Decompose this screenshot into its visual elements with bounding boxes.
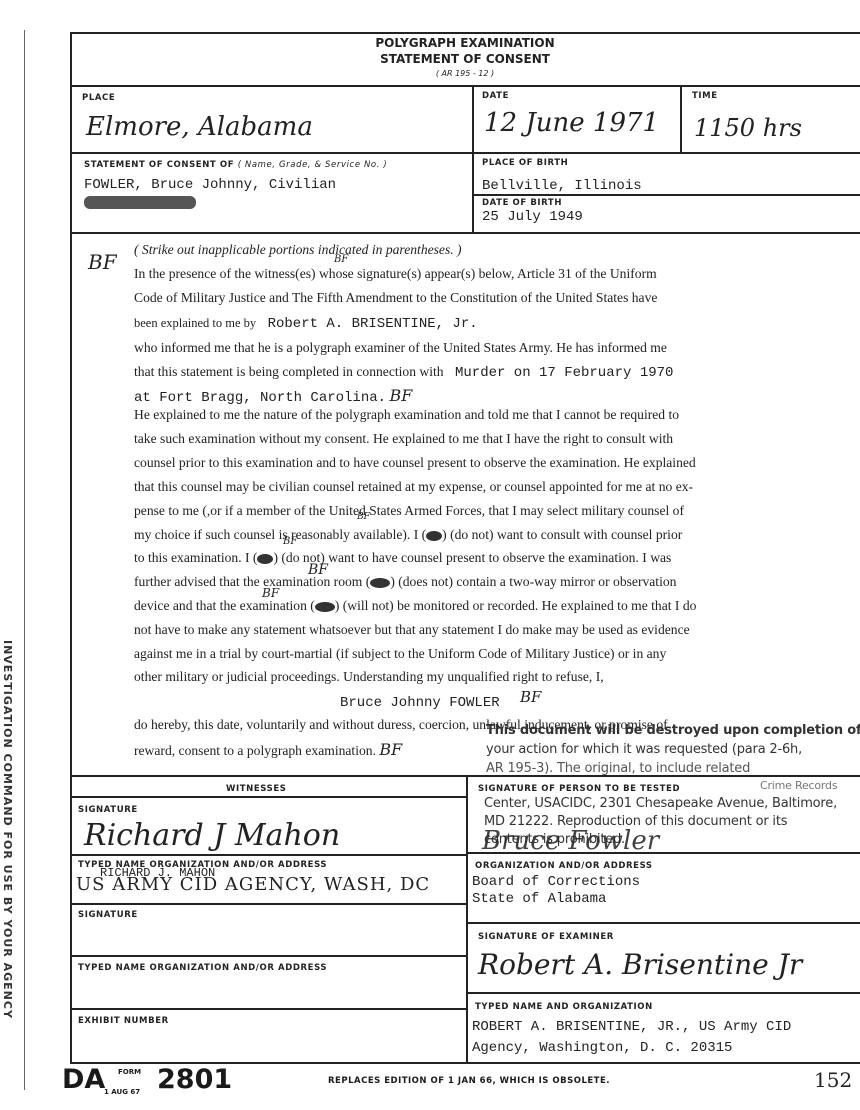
- stamp-overlay-line: This document will be destroyed upon com…: [486, 723, 860, 738]
- redaction-bar: [84, 196, 196, 209]
- row-divider: [70, 903, 466, 905]
- col-divider: [680, 85, 682, 152]
- witnesses-header: WITNESSES: [226, 784, 286, 794]
- stamp-overlay-line: AR 195-3). The original, to include rela…: [486, 761, 750, 776]
- body-line: In the presence of the witness(es) whose…: [134, 266, 657, 282]
- examiner-typed-line1[interactable]: ROBERT A. BRISENTINE, JR., US Army CID: [472, 1019, 791, 1035]
- body-line: take such examination without my consent…: [134, 431, 673, 447]
- body-line: that this counsel may be civilian counse…: [134, 479, 693, 495]
- row-divider: [70, 152, 860, 154]
- row-divider: [472, 194, 860, 196]
- place-label: PLACE: [82, 93, 115, 103]
- consent-of-label: STATEMENT OF CONSENT OF ( Name, Grade, &…: [84, 160, 387, 170]
- body-line: other military or judicial proceedings. …: [134, 669, 604, 685]
- witness2-signature-label: SIGNATURE: [78, 910, 138, 920]
- offense-inline: Murder on 17 February 1970: [455, 365, 673, 381]
- initials-mark: BF: [334, 254, 348, 265]
- instruction-text: ( Strike out inapplicable portions indic…: [134, 242, 462, 258]
- examiner-typed-line2[interactable]: Agency, Washington, D. C. 20315: [472, 1040, 732, 1056]
- examiner-name-inline: Robert A. BRISENTINE, Jr.: [268, 316, 478, 332]
- row-divider: [466, 992, 860, 994]
- consent-of-label-text: STATEMENT OF CONSENT OF: [84, 160, 234, 170]
- body-text: device and that the examination (: [134, 598, 315, 613]
- body-line: device and that the examination () (will…: [134, 598, 696, 614]
- body-text: reward, consent to a polygraph examinati…: [134, 743, 376, 758]
- date-of-birth-value[interactable]: 25 July 1949: [482, 209, 583, 225]
- consent-of-value[interactable]: FOWLER, Bruce Johnny, Civilian: [84, 177, 336, 193]
- body-line: at Fort Bragg, North Carolina. BF: [134, 386, 412, 406]
- body-text: ) (does not) contain a two-way mirror or…: [390, 574, 676, 589]
- initials-mark: BF: [389, 386, 412, 405]
- body-text: been explained to me by: [134, 316, 256, 330]
- place-of-birth-label: PLACE OF BIRTH: [482, 158, 568, 168]
- body-text: ) (do not) want to have counsel present …: [273, 550, 671, 565]
- form-id-form-word: FORM: [118, 1068, 141, 1076]
- page-number: 152: [814, 1068, 852, 1092]
- side-margin-stamp: INVESTIGATION COMMAND FOR USE BY YOUR AG…: [1, 640, 14, 1019]
- witness2-typed-label: TYPED NAME ORGANIZATION AND/OR ADDRESS: [78, 963, 327, 973]
- row-divider: [70, 232, 860, 234]
- examiner-signature[interactable]: Robert A. Brisentine Jr: [478, 948, 802, 981]
- date-label: DATE: [482, 91, 509, 101]
- place-of-birth-value[interactable]: Bellville, Illinois: [482, 178, 642, 194]
- time-value[interactable]: 1150 hrs: [694, 114, 802, 142]
- examiner-typed-label: TYPED NAME AND ORGANIZATION: [475, 1002, 653, 1012]
- col-divider: [466, 775, 468, 1062]
- date-value[interactable]: 12 June 1971: [484, 108, 659, 138]
- form-subtitle: STATEMENT OF CONSENT: [70, 52, 860, 66]
- location-inline: at Fort Bragg, North Carolina.: [134, 390, 386, 406]
- form-id-number: 2801: [157, 1064, 232, 1095]
- body-line: Code of Military Justice and The Fifth A…: [134, 290, 657, 306]
- row-divider: [70, 796, 466, 798]
- initials-mark: BF: [520, 688, 541, 706]
- subject-organization-line1[interactable]: Board of Corrections: [472, 874, 640, 890]
- replaces-edition-note: REPLACES EDITION OF 1 JAN 66, WHICH IS O…: [328, 1076, 610, 1086]
- row-divider: [466, 922, 860, 924]
- witness1-signature-label: SIGNATURE: [78, 805, 138, 815]
- body-text: ) (will not) be monitored or recorded. H…: [335, 598, 697, 613]
- row-divider: [70, 85, 860, 87]
- place-value[interactable]: Elmore, Alabama: [86, 112, 313, 142]
- margin-line: [24, 30, 25, 1090]
- time-label: TIME: [692, 91, 718, 101]
- initials-mark: BF: [88, 250, 117, 274]
- form-title: POLYGRAPH EXAMINATION: [70, 36, 860, 50]
- row-divider: [70, 1008, 466, 1010]
- examiner-signature-label: SIGNATURE OF EXAMINER: [478, 932, 614, 942]
- form-id-date: 1 AUG 67: [104, 1088, 140, 1096]
- form-regulation: ( AR 195 - 12 ): [70, 69, 860, 78]
- body-line: not have to make any statement whatsoeve…: [134, 622, 690, 638]
- body-line: who informed me that he is a polygraph e…: [134, 340, 667, 356]
- frame-top: [70, 32, 860, 34]
- body-line: He explained to me the nature of the pol…: [134, 407, 679, 423]
- initials-mark: BF: [379, 740, 402, 759]
- struck-option-blot: [426, 531, 442, 541]
- body-text: to this examination. I (: [134, 550, 257, 565]
- exhibit-number-label: EXHIBIT NUMBER: [78, 1016, 169, 1026]
- row-divider: [466, 852, 860, 854]
- stamp-overlay-line: your action for which it was requested (…: [486, 742, 802, 757]
- col-divider: [472, 85, 474, 232]
- body-text: my choice if such counsel is reasonably …: [134, 527, 426, 542]
- body-line: reward, consent to a polygraph examinati…: [134, 740, 402, 759]
- stamp-overlay-line: Center, USACIDC, 2301 Chesapeake Avenue,…: [484, 796, 837, 811]
- body-line: that this statement is being completed i…: [134, 364, 673, 381]
- body-line: been explained to me by Robert A. BRISEN…: [134, 315, 478, 332]
- initials-mark: BF: [283, 536, 297, 547]
- initials-mark: BF: [357, 512, 370, 522]
- body-line: to this examination. I () (do not) want …: [134, 550, 671, 566]
- body-text: ) (do not) want to consult with counsel …: [442, 527, 682, 542]
- struck-option-blot: [370, 578, 390, 588]
- witness1-signature[interactable]: Richard J Mahon: [84, 818, 340, 853]
- subject-organization-line2[interactable]: State of Alabama: [472, 891, 606, 907]
- struck-option-blot: [257, 554, 273, 564]
- stamp-overlay-line: Crime Records: [760, 779, 837, 792]
- subject-signature-label: SIGNATURE OF PERSON TO BE TESTED: [478, 784, 680, 794]
- struck-option-blot: [315, 602, 335, 612]
- form-id-da: DA: [62, 1064, 105, 1095]
- body-line: my choice if such counsel is reasonably …: [134, 527, 682, 543]
- frame-left: [70, 32, 72, 1064]
- consent-of-sublabel: ( Name, Grade, & Service No. ): [238, 160, 388, 170]
- witness1-organization[interactable]: US ARMY CID AGENCY, WASH, DC: [76, 874, 430, 895]
- row-divider: [70, 854, 466, 856]
- row-divider: [70, 775, 860, 777]
- subject-organization-label: ORGANIZATION AND/OR ADDRESS: [475, 861, 653, 871]
- date-of-birth-label: DATE OF BIRTH: [482, 198, 562, 208]
- body-line: counsel prior to this examination and to…: [134, 455, 696, 471]
- body-line: against me in a trial by court-martial (…: [134, 646, 666, 662]
- body-text: further advised that the examination roo…: [134, 574, 370, 589]
- body-line: pense to me (,or if a member of the Unit…: [134, 503, 684, 519]
- body-line: further advised that the examination roo…: [134, 574, 676, 590]
- body-text: that this statement is being completed i…: [134, 364, 444, 379]
- row-divider: [70, 955, 466, 957]
- subject-name-typed: Bruce Johnny FOWLER: [340, 695, 500, 711]
